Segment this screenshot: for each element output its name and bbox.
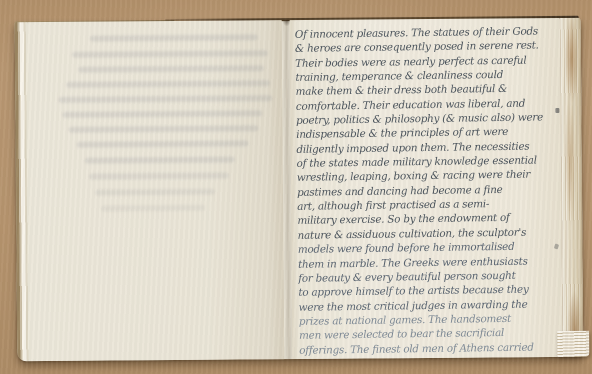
bleedthrough-line bbox=[77, 140, 249, 147]
bleedthrough-line bbox=[62, 110, 262, 118]
page-edges-right bbox=[560, 18, 584, 357]
bleedthrough-line bbox=[69, 125, 259, 132]
open-notebook: Of innocent pleasures. The statues of th… bbox=[15, 18, 584, 361]
bleedthrough-line bbox=[66, 80, 270, 88]
ink-smudge bbox=[555, 108, 559, 113]
left-page bbox=[28, 20, 285, 361]
bleedthrough-line bbox=[95, 189, 215, 196]
stacked-page-corner bbox=[557, 331, 589, 357]
bleedthrough-line bbox=[101, 205, 205, 212]
bleedthrough-line bbox=[72, 50, 268, 58]
photo-background: Of innocent pleasures. The statues of th… bbox=[0, 0, 592, 374]
bleedthrough-line bbox=[58, 95, 272, 103]
bleedthrough-line bbox=[78, 65, 264, 72]
handwritten-text: Of innocent pleasures. The statues of th… bbox=[295, 24, 564, 358]
bleedthrough-line bbox=[90, 34, 258, 41]
bleedthrough-line bbox=[89, 173, 229, 180]
bleedthrough-line bbox=[85, 157, 235, 164]
